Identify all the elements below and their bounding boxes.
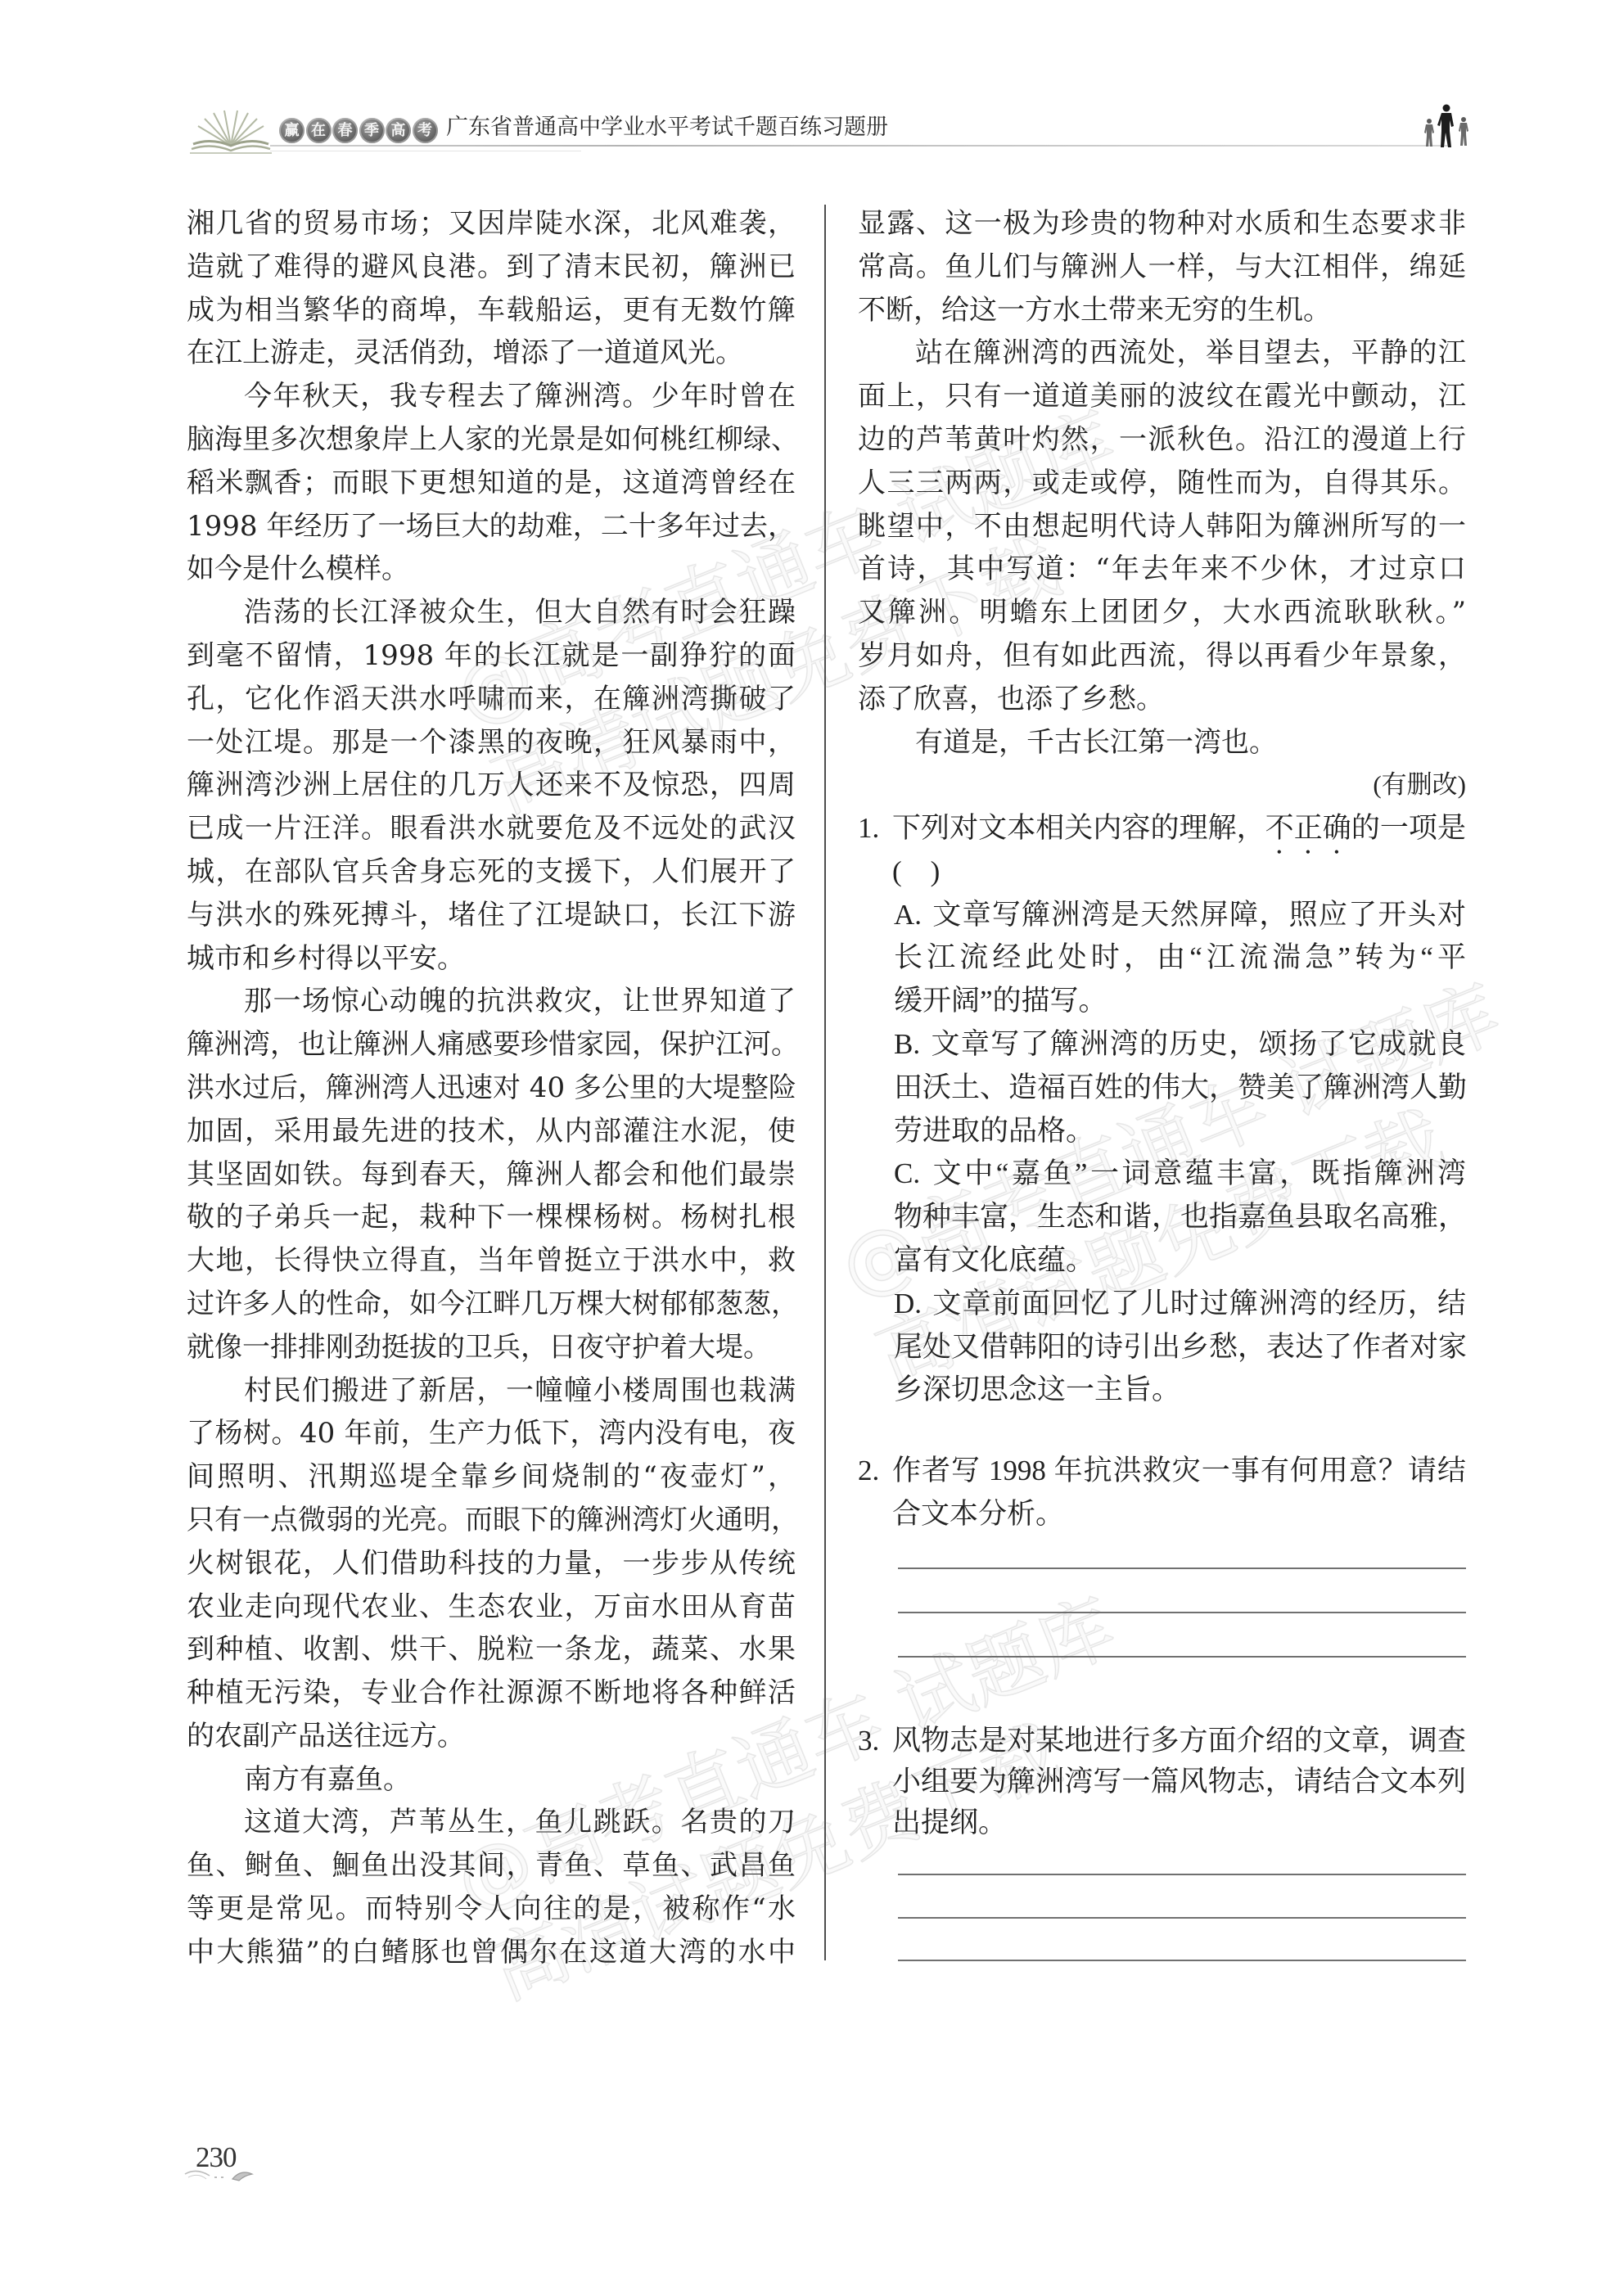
paragraph: 浩荡的长江泽被众生，但大自然有时会狂躁到毫不留情，1998 年的长江就是一副狰狞… [187, 591, 796, 980]
runners-icon [1421, 103, 1472, 152]
header-divider-secondary [270, 151, 581, 151]
text-line: 面上，只有一道道美丽的波纹在霞光中颤动，江 [858, 375, 1466, 418]
question-line: 小组要为簰洲湾写一篇风物志，请结合文本列 [892, 1761, 1466, 1802]
text-line: 又簰洲。明蟾东上团团夕，大水西流耿耿秋。” [858, 591, 1466, 634]
text-line: 1998 年经历了一场巨大的劫难，二十多年过去， [187, 505, 796, 548]
question-number: 1. [858, 807, 879, 850]
text-line: 今年秋天，我专程去了簰洲湾。少年时曾在 [187, 375, 796, 418]
option-line: 长江流经此处时，由“江流湍急”转为“平 [894, 936, 1466, 980]
text-line: 敬的子弟兵一起，栽种下一棵棵杨树。杨树扎根 [187, 1196, 796, 1239]
question-stem: 下列对文本相关内容的理解，不正确的一项是 [892, 807, 1466, 850]
text-line: 有道是，千古长江第一湾也。 [858, 721, 1466, 765]
text-line: 首诗，其中写道：“年去年来不少休，才过京口 [858, 548, 1466, 591]
option-first-line: B.文章写了簰洲湾的历史，颂扬了它成就良 [894, 1023, 1466, 1067]
text-line: 不断，给这一方水土带来无穷的生机。 [858, 289, 1466, 332]
question-number: 2. [858, 1450, 879, 1493]
question-line: 作者写 1998 年抗洪救灾一事有何用意？请结 [892, 1450, 1466, 1493]
option-text: 文章写簰洲湾是天然屏障，照应了开头对 [932, 899, 1466, 931]
question-body: 下列对文本相关内容的理解，不正确的一项是 ( ) A.文章写簰洲湾是天然屏障，照… [892, 807, 1466, 1412]
text-line: 农业走向现代农业、生态农业，万亩水田从育苗 [187, 1586, 796, 1629]
answer-line [898, 1874, 1466, 1875]
option-first-line: A.文章写簰洲湾是天然屏障，照应了开头对 [894, 894, 1466, 937]
question-body: 作者写 1998 年抗洪救灾一事有何用意？请结合文本分析。 [892, 1450, 1466, 1536]
answer-bracket: ( ) [892, 850, 1466, 894]
text-line: 在江上游走，灵活俏劲，增添了一道道风光。 [187, 332, 796, 375]
text-line: 这道大湾，芦苇丛生，鱼儿跳跃。名贵的刀 [187, 1801, 796, 1844]
question-line: 合文本分析。 [892, 1493, 1466, 1536]
option-label: B. [894, 1028, 920, 1060]
answer-line [898, 1960, 1466, 1961]
text-line: 常高。鱼儿们与簰洲人一样，与大江相伴，绵延 [858, 246, 1466, 289]
text-line: 湘几省的贸易市场；又因岸陡水深，北风难袭， [187, 202, 796, 246]
question-body: 风物志是对某地进行多方面介绍的文章，调查小组要为簰洲湾写一篇风物志，请结合文本列… [892, 1721, 1466, 1843]
text-line: 只有一点微弱的光亮。而眼下的簰洲湾灯火通明， [187, 1499, 796, 1542]
text-line: 边的芦苇黄叶灼然，一派秋色。沿江的漫道上行 [858, 418, 1466, 462]
series-badge: 季 [359, 118, 385, 143]
text-line: 那一场惊心动魄的抗洪救灾，让世界知道了 [187, 980, 796, 1023]
option-list: A.文章写簰洲湾是天然屏障，照应了开头对 长江流经此处时，由“江流湍急”转为“平… [894, 894, 1466, 1413]
paragraph: 村民们搬进了新居，一幢幢小楼周围也栽满了杨树。40 年前，生产力低下，湾内没有电… [187, 1369, 796, 1758]
column-divider [824, 205, 826, 1960]
option-item: A.文章写簰洲湾是天然屏障，照应了开头对 长江流经此处时，由“江流湍急”转为“平… [894, 894, 1466, 1023]
option-line: 富有文化底蕴。 [894, 1239, 1466, 1283]
source-note: (有删改) [858, 764, 1466, 807]
stem-text: 下列对文本相关内容的理解， [892, 812, 1265, 844]
text-line: 一处江堤。那是一个漆黑的夜晚，狂风暴雨中， [187, 721, 796, 765]
option-label: D. [894, 1288, 922, 1319]
answer-line [898, 1568, 1466, 1569]
flourish-ornament-icon [182, 2166, 264, 2184]
series-badge: 在 [306, 118, 332, 143]
paragraph: 湘几省的贸易市场；又因岸陡水深，北风难袭，造就了难得的避风良港。到了清末民初，簰… [187, 202, 796, 375]
question-2: 2. 作者写 1998 年抗洪救灾一事有何用意？请结合文本分析。 [858, 1450, 1466, 1536]
option-label: C. [894, 1157, 920, 1189]
answer-line [898, 1612, 1466, 1613]
text-line: 了杨树。40 年前，生产力低下，湾内没有电，夜 [187, 1412, 796, 1455]
option-line: 尾处又借韩阳的诗引出乡愁，表达了作者对家 [894, 1326, 1466, 1369]
text-line: 鱼、鲥鱼、鮰鱼出没其间，青鱼、草鱼、武昌鱼 [187, 1844, 796, 1888]
option-text: 文中“嘉鱼”一词意蕴丰富，既指簰洲湾 [930, 1157, 1466, 1189]
question-1: 1. 下列对文本相关内容的理解，不正确的一项是 ( ) A.文章写簰洲湾是天然屏… [858, 807, 1466, 1412]
paragraph: 有道是，千古长江第一湾也。 [858, 721, 1466, 765]
text-line: 与洪水的殊死搏斗，堵住了江堤缺口，长江下游 [187, 894, 796, 937]
text-line: 城，在部队官兵舍身忘死的支援下，人们展开了 [187, 850, 796, 894]
text-line: 浩荡的长江泽被众生，但大自然有时会狂躁 [187, 591, 796, 634]
text-line: 簰洲湾沙洲上居住的几万人还来不及惊恐，四周 [187, 764, 796, 807]
text-line: 其坚固如铁。每到春天，簰洲人都会和他们最崇 [187, 1153, 796, 1197]
text-line: 岁月如舟，但有如此西流，得以再看少年景象， [858, 634, 1466, 678]
option-line: 缓开阔”的描写。 [894, 980, 1466, 1023]
text-line: 站在簰洲湾的西流处，举目望去，平静的江 [858, 332, 1466, 375]
text-line: 中大熊猫”的白鳍豚也曾偶尔在这道大湾的水中 [187, 1931, 796, 1974]
answer-line [898, 1917, 1466, 1919]
text-line: 如今是什么模样。 [187, 548, 796, 591]
option-line: 劳进取的品格。 [894, 1110, 1466, 1153]
book-title: 广东省普通高中学业水平考试千题百练习题册 [446, 114, 888, 142]
option-item: B.文章写了簰洲湾的历史，颂扬了它成就良 田沃土、造福百姓的伟大，赞美了簰洲湾人… [894, 1023, 1466, 1153]
option-text: 文章写了簰洲湾的历史，颂扬了它成就良 [930, 1028, 1466, 1060]
option-first-line: D.文章前面回忆了儿时过簰洲湾的经历，结 [894, 1283, 1466, 1326]
article-left-column: 湘几省的贸易市场；又因岸陡水深，北风难袭，造就了难得的避风良港。到了清末民初，簰… [187, 202, 796, 1974]
text-line: 孔，它化作滔天洪水呼啸而来，在簰洲湾撕破了 [187, 678, 796, 721]
text-line: 城市和乡村得以平安。 [187, 937, 796, 981]
text-line: 就像一排排刚劲挺拔的卫兵，日夜守护着大堤。 [187, 1326, 796, 1369]
answer-bracket-text: ( ) [892, 855, 940, 887]
option-item: D.文章前面回忆了儿时过簰洲湾的经历，结 尾处又借韩阳的诗引出乡愁，表达了作者对… [894, 1283, 1466, 1412]
option-item: C.文中“嘉鱼”一词意蕴丰富，既指簰洲湾 物种丰富，生态和谐，也指嘉鱼县取名高雅… [894, 1153, 1466, 1282]
text-line: 加固，采用最先进的技术，从内部灌注水泥，使 [187, 1110, 796, 1153]
answer-line [898, 1656, 1466, 1658]
question-line: 出提纲。 [892, 1802, 1466, 1843]
option-text: 文章前面回忆了儿时过簰洲湾的经历，结 [932, 1288, 1466, 1319]
paragraph: 这道大湾，芦苇丛生，鱼儿跳跃。名贵的刀鱼、鲥鱼、鮰鱼出没其间，青鱼、草鱼、武昌鱼… [187, 1801, 796, 1973]
text-line: 显露、这一极为珍贵的物种对水质和生态要求非 [858, 202, 1466, 246]
paragraph: 南方有嘉鱼。 [187, 1758, 796, 1802]
text-line: 火树银花，人们借助科技的力量，一步步从传统 [187, 1542, 796, 1586]
text-line: 村民们搬进了新居，一幢幢小楼周围也栽满 [187, 1369, 796, 1413]
text-line: 过许多人的性命，如今江畔几万棵大树郁郁葱葱， [187, 1283, 796, 1326]
paragraph: 显露、这一极为珍贵的物种对水质和生态要求非常高。鱼儿们与簰洲人一样，与大江相伴，… [858, 202, 1466, 332]
text-line: 洪水过后，簰洲湾人迅速对 40 多公里的大堤整险 [187, 1067, 796, 1110]
paragraph: 站在簰洲湾的西流处，举目望去，平静的江面上，只有一道道美丽的波纹在霞光中颤动，江… [858, 332, 1466, 720]
text-line: 稻米飘香；而眼下更想知道的是，这道湾曾经在 [187, 462, 796, 505]
series-badge: 春 [332, 118, 358, 143]
text-line: 到种植、收割、烘干、脱粒一条龙，蔬菜、水果 [187, 1628, 796, 1671]
text-line: 等更是常见。而特别令人向往的是，被称作“水 [187, 1888, 796, 1931]
text-line: 间照明、汛期巡堤全靠乡间烧制的“夜壶灯”， [187, 1455, 796, 1499]
stem-text: 的一项是 [1351, 812, 1466, 844]
option-line: 乡深切思念这一主旨。 [894, 1369, 1466, 1412]
paragraph: 今年秋天，我专程去了簰洲湾。少年时曾在脑海里多次想象岸上人家的光景是如何桃红柳绿… [187, 375, 796, 591]
text-line: 大地，长得快立得直，当年曾挺立于洪水中，救 [187, 1239, 796, 1283]
option-label: A. [894, 899, 922, 931]
question-3: 3. 风物志是对某地进行多方面介绍的文章，调查小组要为簰洲湾写一篇风物志，请结合… [858, 1721, 1466, 1843]
paragraph: 那一场惊心动魄的抗洪救灾，让世界知道了簰洲湾，也让簰洲人痛感要珍惜家园，保护江河… [187, 980, 796, 1369]
text-line: 簰洲湾，也让簰洲人痛感要珍惜家园，保护江河。 [187, 1023, 796, 1067]
text-line: 添了欣喜，也添了乡愁。 [858, 678, 1466, 721]
article-right-column: 显露、这一极为珍贵的物种对水质和生态要求非常高。鱼儿们与簰洲人一样，与大江相伴，… [858, 202, 1466, 764]
text-line: 成为相当繁华的商埠，车载船运，更有无数竹簰 [187, 289, 796, 332]
series-badge: 高 [386, 118, 411, 143]
text-line: 造就了难得的避风良港。到了清末民初，簰洲已 [187, 246, 796, 289]
option-line: 物种丰富，生态和谐，也指嘉鱼县取名高雅， [894, 1196, 1466, 1239]
series-badges: 赢在春季高考 [279, 118, 438, 143]
header-divider [270, 145, 1449, 147]
stem-emphasis: 不正确 [1265, 812, 1351, 844]
series-badge: 考 [413, 118, 438, 143]
text-line: 种植无污染，专业合作社源源不断地将各种鲜活 [187, 1671, 796, 1715]
text-line: 的农副产品送往远方。 [187, 1715, 796, 1758]
series-badge: 赢 [279, 118, 304, 143]
option-first-line: C.文中“嘉鱼”一词意蕴丰富，既指簰洲湾 [894, 1153, 1466, 1196]
open-book-logo-icon [190, 108, 272, 156]
option-line: 田沃土、造福百姓的伟大，赞美了簰洲湾人勤 [894, 1067, 1466, 1110]
text-line: 已成一片汪洋。眼看洪水就要危及不远处的武汉 [187, 807, 796, 850]
text-line: 南方有嘉鱼。 [187, 1758, 796, 1802]
question-line: 风物志是对某地进行多方面介绍的文章，调查 [892, 1721, 1466, 1761]
question-number: 3. [858, 1721, 879, 1761]
text-line: 到毫不留情，1998 年的长江就是一副狰狞的面 [187, 634, 796, 678]
text-line: 脑海里多次想象岸上人家的光景是如何桃红柳绿、 [187, 418, 796, 462]
text-line: 人三三两两，或走或停，随性而为，自得其乐。 [858, 462, 1466, 505]
text-line: 眺望中，不由想起明代诗人韩阳为簰洲所写的一 [858, 505, 1466, 548]
